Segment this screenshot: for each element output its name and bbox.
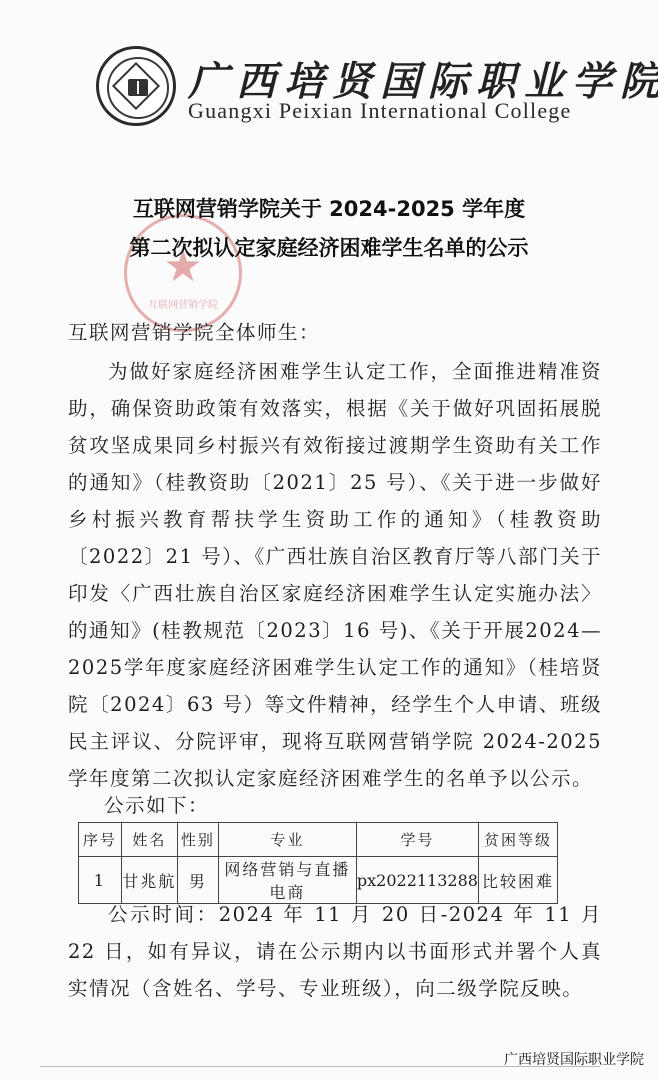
book-icon <box>128 79 148 96</box>
header-gender: 性别 <box>177 823 218 857</box>
document-title-line2: 第二次拟认定家庭经济困难学生名单的公示 <box>0 232 658 262</box>
header-name: 姓名 <box>121 823 177 857</box>
table-header-row: 序号 姓名 性别 专业 学号 贫困等级 <box>79 823 558 857</box>
student-list-table: 序号 姓名 性别 专业 学号 贫困等级 1 甘兆航 男 网络营销与直播电商 px… <box>78 822 558 904</box>
letterhead: 广西培贤国际职业学院 Guangxi Peixian International… <box>96 46 556 132</box>
college-name-en: Guangxi Peixian International College <box>188 98 571 124</box>
document-page: 广西培贤国际职业学院 Guangxi Peixian International… <box>0 0 658 1080</box>
notice-paragraph: 公示时间：2024 年 11 月 20 日-2024 年 11 月 22 日，如… <box>68 896 602 1007</box>
document-title-line1: 互联网营销学院关于 2024-2025 学年度 <box>0 193 658 223</box>
footer-divider <box>40 1066 600 1067</box>
header-index: 序号 <box>79 823 122 857</box>
body-paragraph: 为做好家庭经济困难学生认定工作，全面推进精准资助，确保资助政策有效落实，根据《关… <box>68 353 602 797</box>
stamp-text: 互联网营销学院 <box>127 296 239 311</box>
header-major: 专业 <box>218 823 356 857</box>
header-poverty-level: 贫困等级 <box>478 823 557 857</box>
salutation: 互联网营销学院全体师生： <box>68 314 602 351</box>
college-seal-icon <box>96 46 176 126</box>
header-student-id: 学号 <box>356 823 478 857</box>
list-intro: 公示如下： <box>104 787 638 824</box>
